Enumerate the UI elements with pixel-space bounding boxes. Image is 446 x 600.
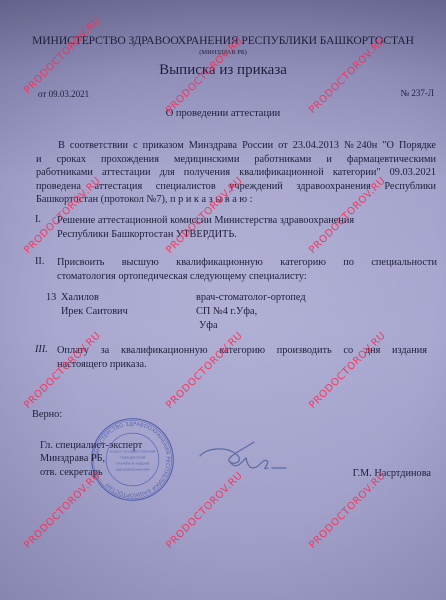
item-line: стоматология ортопедическая следующему с…: [57, 270, 437, 284]
signer-title-line: Минздрава РБ,: [40, 452, 142, 465]
signer-title-line: Гл. специалист-эксперт: [40, 439, 142, 452]
item-line: Республики Башкортостан УТВЕРДИТЬ.: [57, 228, 377, 242]
item-numeral: III.: [35, 344, 48, 355]
specialist-name: Ирек Саитович: [61, 305, 128, 318]
specialist-position: врач-стоматолог-ортопед: [196, 291, 306, 304]
item-line: Решение аттестационной комиссии Министер…: [57, 214, 377, 228]
item-line: Оплату за квалификационную категорию про…: [57, 344, 427, 358]
preamble-paragraph: В соответствии с приказом Минздрава Росс…: [36, 139, 436, 207]
ministry-name: МИНИСТЕРСТВО ЗДРАВООХРАНЕНИЯ РЕСПУБЛИКИ …: [0, 34, 446, 47]
certified-label: Верно:: [32, 409, 62, 420]
preamble-line: проведена аттестация специалистов учрежд…: [36, 180, 436, 194]
item-line: настоящего приказа.: [57, 358, 427, 372]
specialist-workplace: СП №4 г.Уфа,: [196, 305, 257, 318]
preamble-line: работниками аттестации для получения ква…: [36, 166, 436, 180]
document-title: Выписка из приказа: [0, 62, 446, 79]
signature-icon: [196, 440, 296, 480]
order-number: № 237-Л: [401, 88, 434, 98]
specialist-index: 13: [46, 291, 56, 304]
watermark: PRODOCTOROV.RU: [164, 470, 245, 551]
preamble-line: В соответствии с приказом Минздрава Росс…: [36, 139, 436, 153]
specialist-city: Уфа: [199, 319, 218, 332]
preamble-line: и сроках прохождения медицинскими работн…: [36, 153, 436, 167]
signer-name: Г.М. Насртдинова: [353, 468, 431, 479]
item-3-text: Оплату за квалификационную категорию про…: [57, 344, 427, 371]
item-numeral: II.: [35, 256, 44, 267]
ministry-short-name: (МИНЗДРАВ РБ): [0, 49, 446, 56]
item-line: Присвоить высшую квалификационную катего…: [57, 256, 437, 270]
order-subject: О проведении аттестации: [0, 108, 446, 119]
item-1-text: Решение аттестационной комиссии Министер…: [57, 214, 377, 241]
item-numeral: I.: [35, 214, 41, 225]
signer-title-line: отв. секретарь: [40, 466, 142, 479]
order-date: от 09.03.2021: [38, 89, 89, 99]
item-2-text: Присвоить высшую квалификационную катего…: [57, 256, 437, 283]
signer-title: Гл. специалист-эксперт Минздрава РБ, отв…: [40, 439, 142, 479]
specialist-surname: Халилов: [61, 291, 99, 304]
preamble-line: Башкортостан (протокол №7), п р и к а з …: [36, 193, 436, 207]
watermark: PRODOCTOROV.RU: [307, 470, 388, 551]
